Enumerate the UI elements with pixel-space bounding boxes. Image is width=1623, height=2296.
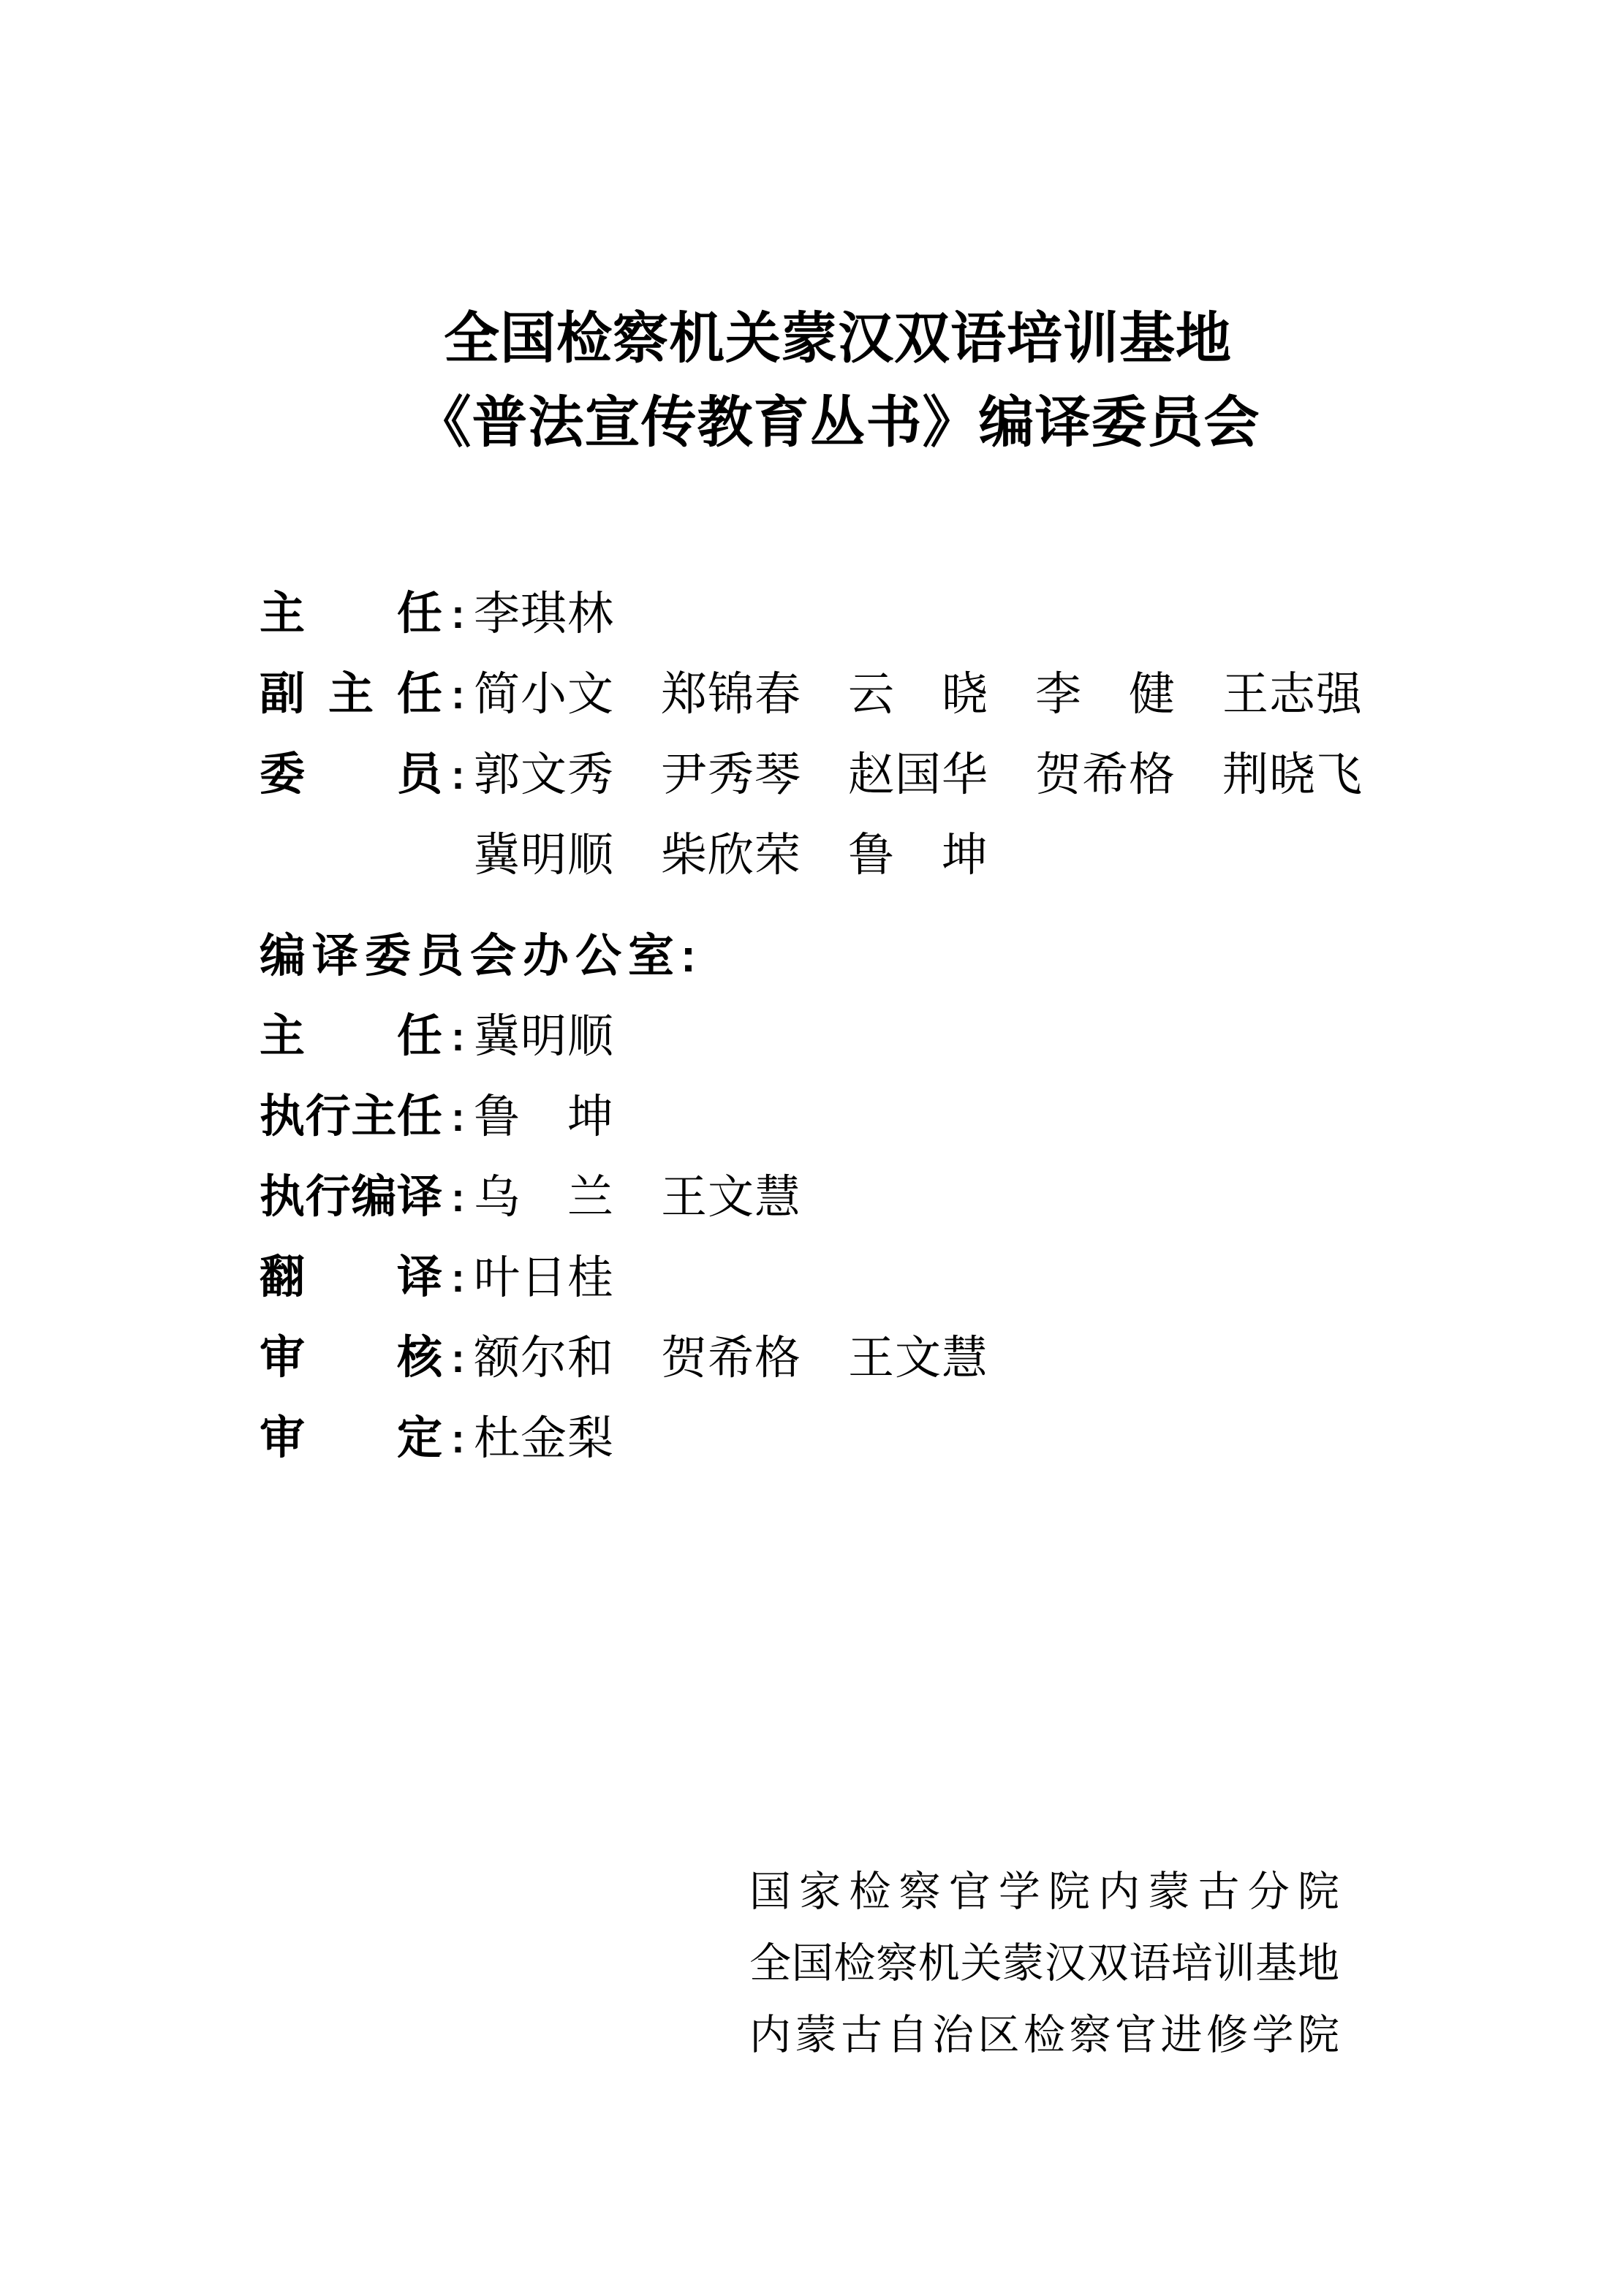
role-colon: : xyxy=(442,1016,474,1057)
role-label: 副主任 xyxy=(260,672,442,717)
role-names: 郭文秀 尹秀琴 赵国华 贺希格 荆晓飞 xyxy=(474,752,1363,798)
office-heading: 编译委员会办公室: xyxy=(260,916,1363,996)
title-block: 全国检察机关蒙汉双语培训基地 《普法宣传教育丛书》编译委员会 xyxy=(53,297,1623,465)
office-heading-colon: : xyxy=(681,933,703,980)
role-label: 执行主任 xyxy=(260,1094,442,1140)
office-row-executive-director: 执行主任 : 鲁 坤 xyxy=(260,1077,1363,1157)
role-names: 乌 兰 王文慧 xyxy=(474,1175,801,1221)
role-names: 杜金梨 xyxy=(474,1416,614,1462)
role-label: 执行编译 xyxy=(260,1175,442,1220)
role-names: 李琪林 xyxy=(474,591,614,637)
publisher-line-2: 全国检察机关蒙汉双语培训基地 xyxy=(749,1928,1339,1999)
role-colon: : xyxy=(442,1418,474,1459)
committee-list: 主任 : 李琪林 副主任 : 简小文 郑锦春 云 晓 李 健 王志强 委员 : … xyxy=(260,574,1363,1479)
title-line-1: 全国检察机关蒙汉双语培训基地 xyxy=(53,297,1623,381)
document-page: 全国检察机关蒙汉双语培训基地 《普法宣传教育丛书》编译委员会 主任 : 李琪林 … xyxy=(0,0,1623,2296)
role-colon: : xyxy=(442,754,474,795)
role-label: 审定 xyxy=(260,1416,442,1461)
role-label: 主任 xyxy=(260,591,442,637)
publisher-line-3: 内蒙古自治区检察官进修学院 xyxy=(749,1999,1339,2071)
office-row-executive-translators: 执行编译 : 乌 兰 王文慧 xyxy=(260,1157,1363,1238)
publisher-line-1: 国家检察官学院内蒙古分院 xyxy=(749,1856,1339,1928)
role-colon: : xyxy=(442,1177,474,1218)
role-colon: : xyxy=(442,1257,474,1298)
role-label: 委员 xyxy=(260,752,442,797)
committee-row-members: 委员 : 郭文秀 尹秀琴 赵国华 贺希格 荆晓飞 xyxy=(260,735,1363,815)
committee-row-deputy-directors: 副主任 : 简小文 郑锦春 云 晓 李 健 王志强 xyxy=(260,654,1363,735)
role-names: 冀明顺 xyxy=(474,1014,614,1060)
office-row-translator: 翻译 : 叶日桂 xyxy=(260,1238,1363,1318)
committee-row-director: 主任 : 李琪林 xyxy=(260,574,1363,654)
role-names: 额尔和 贺希格 王文慧 xyxy=(474,1335,988,1382)
role-colon: : xyxy=(442,1096,474,1137)
role-names: 简小文 郑锦春 云 晓 李 健 王志强 xyxy=(474,672,1363,718)
office-row-reviewers: 审核 : 额尔和 贺希格 王文慧 xyxy=(260,1318,1363,1398)
office-row-director: 主任 : 冀明顺 xyxy=(260,996,1363,1077)
office-heading-text: 编译委员会办公室 xyxy=(260,933,681,980)
title-line-2: 《普法宣传教育丛书》编译委员会 xyxy=(53,381,1623,465)
role-label: 主任 xyxy=(260,1014,442,1059)
role-names: 叶日桂 xyxy=(474,1255,614,1301)
role-names: 鲁 坤 xyxy=(474,1094,614,1140)
role-label: 审核 xyxy=(260,1335,442,1381)
role-colon: : xyxy=(442,1338,474,1379)
committee-row-members-continued: 冀明顺 柴欣荣 鲁 坤 xyxy=(260,815,1363,895)
role-names: 冀明顺 柴欣荣 鲁 坤 xyxy=(474,833,988,879)
publisher-block: 国家检察官学院内蒙古分院 全国检察机关蒙汉双语培训基地 内蒙古自治区检察官进修学… xyxy=(749,1856,1339,2071)
role-colon: : xyxy=(442,674,474,715)
role-label: 翻译 xyxy=(260,1255,442,1300)
role-colon: : xyxy=(442,594,474,634)
office-row-final-approver: 审定 : 杜金梨 xyxy=(260,1398,1363,1479)
